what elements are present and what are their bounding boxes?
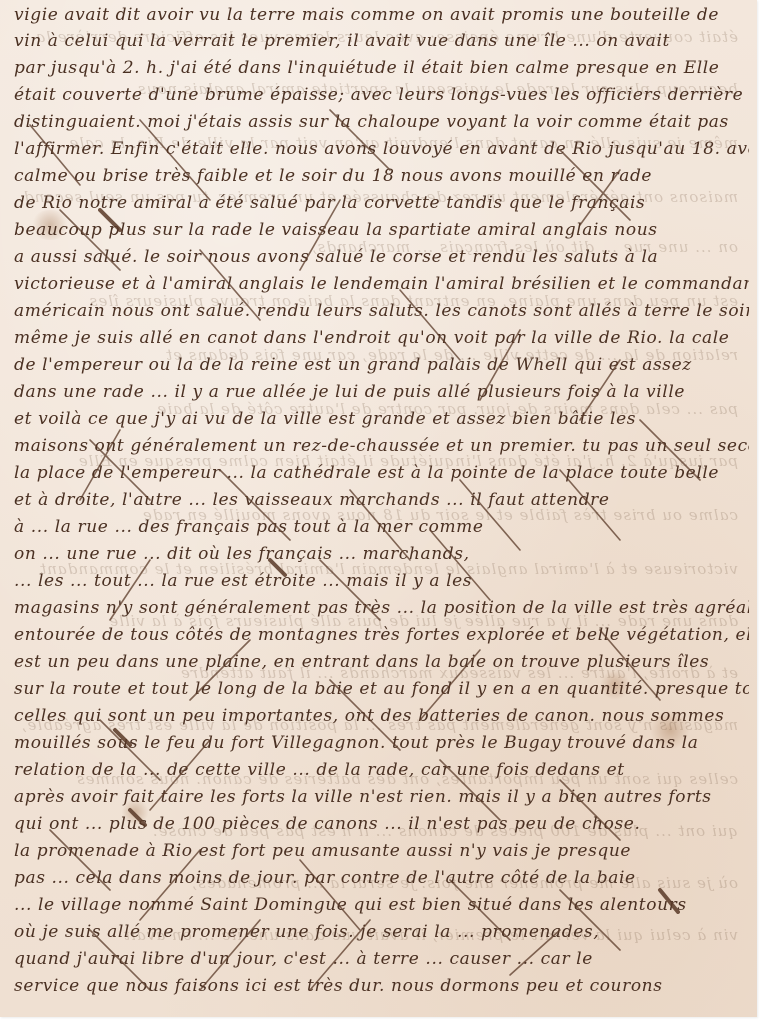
manuscript-page: était couverte d'une brume épaisse; avec… <box>0 0 757 1017</box>
text-line: ... les ... tout ... la rue est étroite … <box>14 570 749 592</box>
text-line: où je suis allé me promener une fois. je… <box>14 921 749 943</box>
text-line: celles qui sont un peu importantes, ont … <box>14 705 749 727</box>
text-line: même je suis allé en canot dans l'endroi… <box>14 327 749 349</box>
text-line: sur la route et tout le long de la baie … <box>14 678 749 700</box>
text-line: et voilà ce que j'y ai vu de la ville es… <box>14 408 749 430</box>
text-line: ... le village nommé Saint Domingue qui … <box>14 894 749 916</box>
text-line: vin à celui qui la verrait le premier, i… <box>14 30 749 52</box>
text-line: et à droite, l'autre ... les vaisseaux m… <box>14 489 749 511</box>
text-line: est un peu dans une plaine, en entrant d… <box>14 651 749 673</box>
text-line: dans une rade ... il y a rue allée je lu… <box>14 381 749 403</box>
text-line: par jusqu'à 2. h. j'ai été dans l'inquié… <box>14 57 749 79</box>
text-line: américain nous ont salué. rendu leurs sa… <box>14 300 749 322</box>
text-line: pas ... cela dans moins de jour. par con… <box>14 867 749 889</box>
text-line: calme ou brise très faible et le soir du… <box>14 165 749 187</box>
text-line: la promenade à Rio est fort peu amusante… <box>14 840 749 862</box>
text-line: a aussi salué. le soir nous avons salué … <box>14 246 749 268</box>
text-line: victorieuse et à l'amiral anglais le len… <box>14 273 749 295</box>
text-line: de Rio notre amiral a été salué par la c… <box>14 192 749 214</box>
text-line: magasins n'y sont généralement pas très … <box>14 597 749 619</box>
text-line: distinguaient. moi j'étais assis sur la … <box>14 111 749 133</box>
text-line: service que nous faisons ici est très du… <box>14 975 749 997</box>
text-line: de l'empereur ou la de la reine est un g… <box>14 354 749 376</box>
text-line: beaucoup plus sur la rade le vaisseau la… <box>14 219 749 241</box>
text-line: après avoir fait taire les forts la vill… <box>14 786 749 808</box>
text-line: à ... la rue ... des français pas tout à… <box>14 516 749 538</box>
text-line: l'affirmer. Enfin c'était elle. nous avo… <box>14 138 749 160</box>
text-line: qui ont ... plus de 100 pièces de canons… <box>14 813 749 835</box>
text-line: relation de la ... de cette ville ... de… <box>14 759 749 781</box>
text-line: on ... une rue ... dit où les français .… <box>14 543 749 565</box>
text-line: mouillés sous le feu du fort Villegagnon… <box>14 732 749 754</box>
text-line: maisons ont généralement un rez-de-chaus… <box>14 435 749 457</box>
text-line: entourée de tous côtés de montagnes très… <box>14 624 749 646</box>
text-line: quand j'aurai libre d'un jour, c'est ...… <box>14 948 749 970</box>
text-line: la place de l'empereur ... la cathédrale… <box>14 462 749 484</box>
text-line: vigie avait dit avoir vu la terre mais c… <box>14 4 749 26</box>
text-line: était couverte d'une brume épaisse; avec… <box>14 84 749 106</box>
